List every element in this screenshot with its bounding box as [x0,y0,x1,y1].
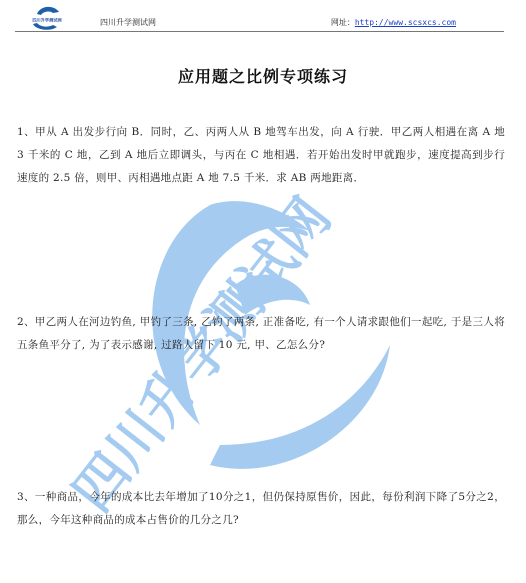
svg-text:四川升学测试网: 四川升学测试网 [32,16,62,23]
site-url-block: 网址：http://www.scsxcs.com [331,17,456,28]
site-name: 四川升学测试网 [100,17,156,28]
url-label: 网址： [331,18,355,27]
site-logo-icon: 四川升学测试网 [23,4,71,30]
document-title: 应用题之比例专项练习 [0,64,526,87]
question-1: 1、甲从 A 出发步行向 B．同时，乙、丙两人从 B 地驾车出发，向 A 行驶．… [17,121,505,190]
question-3: 3、一种商品，今年的成本比去年增加了10分之1，但仍保持原售价，因此，每份利润下… [17,486,505,532]
question-2: 2、甲乙两人在河边钓鱼, 甲钓了三条, 乙钓了两条, 正准备吃, 有一个人请求跟… [17,311,505,357]
page-header: 四川升学测试网 四川升学测试网 网址：http://www.scsxcs.com [15,0,504,32]
site-url-link[interactable]: http://www.scsxcs.com [355,18,456,27]
